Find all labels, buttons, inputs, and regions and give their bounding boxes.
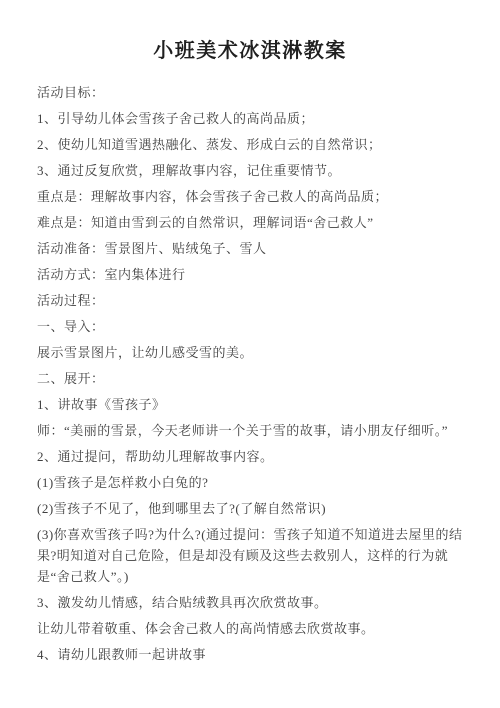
line-tell-story: 1、讲故事《雪孩子》	[37, 394, 463, 415]
line-activity-process-heading: 活动过程：	[37, 290, 463, 311]
line-stimulate-emotion: 3、激发幼儿情感，结合贴绒教具再次欣赏故事。	[37, 592, 463, 613]
line-difficult-point: 难点是：知道由雪到云的自然常识，理解词语“舍己救人”	[37, 212, 463, 233]
line-show-snow-pictures: 展示雪景图片，让幼儿感受雪的美。	[37, 342, 463, 363]
line-activity-goals-heading: 活动目标：	[37, 82, 463, 103]
document-page: 小班美术冰淇淋教案 活动目标： 1、引导幼儿体会雪孩子舍己救人的高尚品质； 2、…	[0, 0, 500, 708]
line-question-3: (3)你喜欢雪孩子吗?为什么?(通过提问：雪孩子知道不知道进去屋里的结果?明知道…	[37, 524, 463, 587]
line-goal-3: 3、通过反复欣赏，理解故事内容，记住重要情节。	[37, 160, 463, 181]
page-title: 小班美术冰淇淋教案	[0, 0, 500, 63]
line-goal-1: 1、引导幼儿体会雪孩子舍己救人的高尚品质；	[37, 108, 463, 129]
line-appreciate-story: 让幼儿带着敬重、体会舍己救人的高尚情感去欣赏故事。	[37, 618, 463, 639]
line-ask-questions: 2、通过提问，帮助幼儿理解故事内容。	[37, 446, 463, 467]
line-question-2: (2)雪孩子不见了，他到哪里去了?(了解自然常识)	[37, 498, 463, 519]
line-section-expand: 二、展开：	[37, 368, 463, 389]
line-key-point: 重点是：理解故事内容，体会雪孩子舍己救人的高尚品质；	[37, 186, 463, 207]
line-activity-method: 活动方式：室内集体进行	[37, 264, 463, 285]
line-goal-2: 2、使幼儿知道雪遇热融化、蒸发、形成白云的自然常识；	[37, 134, 463, 155]
line-teacher-speech: 师：“美丽的雪景，今天老师讲一个关于雪的故事，请小朋友仔细听。”	[37, 420, 463, 441]
line-section-import: 一、导入：	[37, 316, 463, 337]
line-question-1: (1)雪孩子是怎样救小白兔的?	[37, 472, 463, 493]
line-activity-preparation: 活动准备：雪景图片、贴绒兔子、雪人	[37, 238, 463, 259]
document-body: 活动目标： 1、引导幼儿体会雪孩子舍己救人的高尚品质； 2、使幼儿知道雪遇热融化…	[37, 82, 463, 665]
line-tell-story-together: 4、请幼儿跟教师一起讲故事	[37, 644, 463, 665]
